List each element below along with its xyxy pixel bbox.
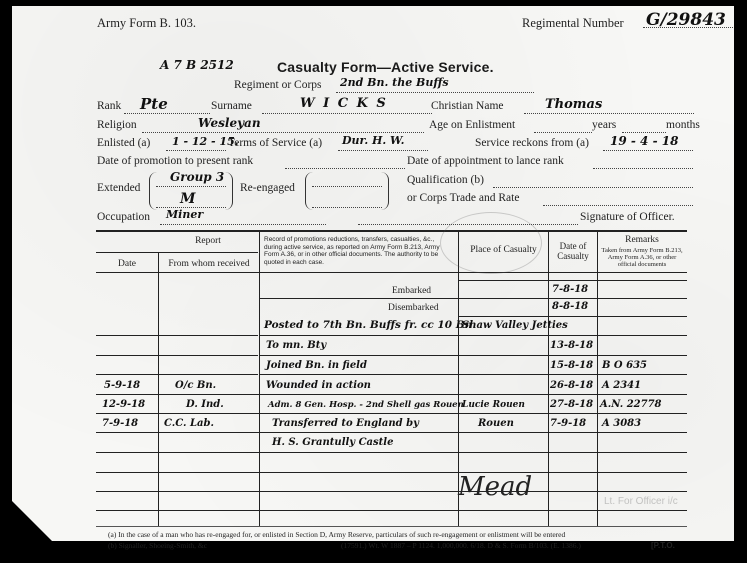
surname-value: W I C K S [300, 96, 388, 111]
disembarked-date: 8-8-18 [552, 301, 588, 312]
row-0-place: Shaw Valley Jetties [462, 320, 568, 331]
qualification-label: Qualification (b) [407, 174, 484, 186]
reengaged-field-2 [312, 207, 382, 208]
christian-name-value: Thomas [545, 97, 602, 112]
occupation-field [160, 224, 326, 225]
row-4-date: 12-9-18 [102, 399, 145, 410]
row-rule [96, 335, 258, 336]
header-remarks-sub: Taken from Army Form B.213, Army Form A.… [600, 247, 684, 268]
service-reckons-field [603, 150, 693, 151]
col-divider-from [259, 230, 260, 526]
row-4-record: Adm. 8 Gen. Hosp. - 2nd Shell gas Rouen [268, 400, 464, 410]
table-header-rule [96, 272, 687, 273]
terms-value: Dur. H. W. [342, 134, 405, 147]
age-label: Age on Enlistment [429, 119, 515, 131]
service-reckons-label: Service reckons from (a) [475, 137, 589, 149]
enlisted-label: Enlisted (a) [97, 137, 150, 149]
regimental-number-value: G/29843 [646, 10, 726, 30]
print-info: (17591.) Wt. W 1887 – P 1124. 1,000,000.… [341, 541, 581, 550]
signature-label: Signature of Officer. [580, 211, 675, 223]
row-5-date: 7-9-18 [102, 418, 138, 429]
christian-name-label: Christian Name [431, 100, 504, 112]
terms-field [338, 150, 428, 151]
row-5-from: C.C. Lab. [164, 418, 214, 429]
occupation-value: Miner [166, 208, 203, 221]
reengaged-label: Re-engaged [240, 182, 295, 194]
page-title: Casualty Form—Active Service. [277, 59, 494, 75]
row-rule [96, 510, 687, 511]
regiment-label: Regiment or Corps [234, 79, 322, 91]
promotion-label: Date of promotion to present rank [97, 155, 253, 167]
header-from-whom: From whom received [159, 260, 259, 269]
header-record: Record of promotions reductions, transfe… [264, 236, 454, 266]
row-rule [96, 413, 687, 414]
embarked-label: Embarked [392, 286, 431, 296]
row-rule [96, 355, 258, 356]
row-5-place: Rouen [478, 418, 514, 429]
embarked-date: 7-8-18 [552, 284, 588, 295]
row-3-date-casualty: 26-8-18 [550, 380, 593, 391]
row-4-remarks: A.N. 22778 [600, 399, 662, 410]
footnote-a: (a) In the case of a man who has re-enga… [108, 530, 565, 539]
extended-value-1: Group 3 [170, 170, 224, 184]
row-0-record: Posted to 7th Bn. Buffs fr. cc 10 Bn [264, 319, 472, 331]
terms-label: Terms of Service (a) [228, 137, 322, 149]
row-6-record: H. S. Grantully Castle [272, 437, 393, 448]
corps-trade-field [543, 205, 693, 206]
reengaged-bracket [305, 172, 389, 210]
row-5-date-casualty: 7-9-18 [550, 418, 586, 429]
row-1-date-casualty: 13-8-18 [550, 340, 593, 351]
row-1-record: To mn. Bty [266, 340, 326, 351]
form-number: Army Form B. 103. [97, 16, 196, 31]
disembarked-label: Disembarked [388, 303, 439, 313]
corps-trade-label: or Corps Trade and Rate [407, 192, 519, 204]
faint-stamp-text: Lt. For Officer i/c [604, 496, 678, 507]
row-rule [96, 472, 687, 473]
age-months-field [622, 132, 666, 133]
enlisted-field [166, 150, 226, 151]
row-3-date: 5-9-18 [104, 380, 140, 391]
row-2-date-casualty: 15-8-18 [550, 360, 593, 371]
header-date: Date [96, 260, 158, 269]
reference-number: A 7 B 2512 [160, 58, 234, 72]
row-5-remarks: A 3083 [602, 418, 641, 429]
occupation-label: Occupation [97, 211, 150, 223]
regiment-value: 2nd Bn. the Buffs [340, 76, 449, 89]
rank-value: Pte [140, 95, 168, 113]
regiment-field [336, 92, 534, 93]
row-rule [96, 374, 258, 375]
religion-value: Wesleyan [198, 116, 261, 130]
row-rule [259, 335, 687, 336]
header-date-casualty: Date of Casualty [549, 242, 597, 261]
rank-label: Rank [97, 100, 121, 112]
surname-label: Surname [211, 100, 252, 112]
reengaged-field-1 [312, 186, 382, 187]
row-rule [259, 355, 687, 356]
col-divider-date [158, 252, 159, 526]
table-bottom-rule [96, 526, 687, 527]
header-report: Report [158, 237, 258, 246]
header-remarks: Remarks [598, 236, 686, 245]
row-rule [259, 298, 687, 299]
report-subheader-rule [96, 252, 258, 253]
extended-label: Extended [97, 182, 140, 194]
row-rule [96, 394, 687, 395]
months-label: months [666, 119, 700, 131]
rank-field [124, 113, 210, 114]
row-rule [259, 374, 687, 375]
row-4-place: Lucie Rouen [462, 400, 525, 410]
row-4-from: D. Ind. [186, 399, 224, 410]
row-rule [96, 491, 687, 492]
row-2-remarks: B O 635 [602, 360, 647, 371]
qualification-field [493, 187, 693, 188]
row-3-record: Wounded in action [266, 380, 371, 391]
row-2-record: Joined Bn. in field [266, 360, 367, 371]
age-years-field [534, 132, 592, 133]
lance-rank-label: Date of appointment to lance rank [407, 155, 564, 167]
religion-label: Religion [97, 119, 137, 131]
extended-value-2: M [180, 191, 196, 207]
lance-rank-field [593, 168, 693, 169]
row-rule [458, 280, 687, 281]
row-3-from: O/c Bn. [175, 380, 216, 391]
pto-marker: [P.T.O. [651, 541, 675, 550]
officer-signature: Mead [458, 472, 532, 502]
row-rule [96, 432, 687, 433]
extended-field-1 [156, 186, 226, 187]
regimental-number-label: Regimental Number [522, 16, 624, 31]
table-top-rule [96, 230, 687, 232]
promotion-field [285, 168, 405, 169]
faint-postmark-stamp [440, 212, 542, 274]
religion-field [142, 132, 424, 133]
col-divider-place [548, 230, 549, 526]
footnote-b: (b) Signaller, Shoeing-Smith, &c [108, 541, 207, 550]
row-rule [458, 316, 687, 317]
row-4-date-casualty: 27-8-18 [550, 399, 593, 410]
service-reckons-value: 19 - 4 - 18 [610, 134, 678, 148]
christian-name-field [524, 113, 694, 114]
col-divider-date-casualty [597, 230, 598, 526]
surname-field [262, 113, 432, 114]
page-corner-cut [12, 501, 52, 541]
years-label: years [592, 119, 616, 131]
row-5-record: Transferred to England by [272, 418, 419, 429]
row-3-remarks: A 2341 [602, 380, 641, 391]
row-rule [96, 452, 687, 453]
